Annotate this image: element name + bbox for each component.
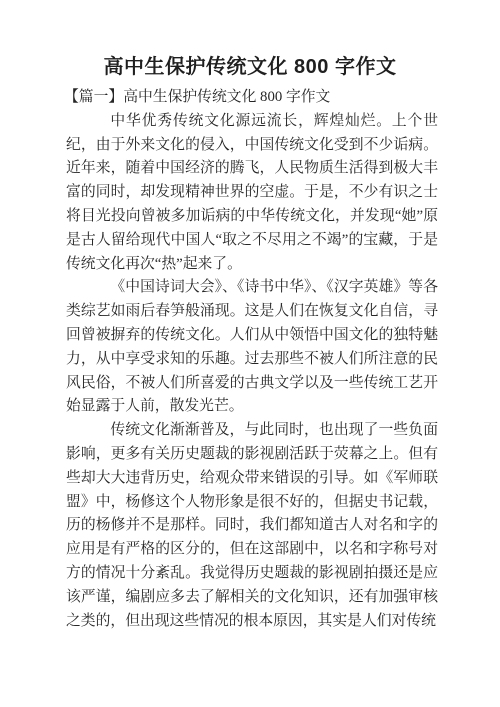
essay-paragraph: 中华优秀传统文化源远流长，辉煌灿烂。上个世纪，由于外来文化的侵入，中国传统文化受… — [66, 110, 438, 277]
essay-body: 中华优秀传统文化源远流长，辉煌灿烂。上个世纪，由于外来文化的侵入，中国传统文化受… — [66, 110, 438, 634]
section-heading: 【篇一】高中生保护传统文化 800 字作文 — [64, 86, 438, 110]
document-title: 高中生保护传统文化 800 字作文 — [50, 54, 450, 80]
essay-paragraph: 传统文化渐渐普及，与此同时，也出现了一些负面影响，更多有关历史题裁的影视剧活跃于… — [66, 419, 438, 633]
document-page: 高中生保护传统文化 800 字作文 【篇一】高中生保护传统文化 800 字作文 … — [0, 0, 500, 707]
essay-paragraph: 《中国诗词大会》、《诗书中华》、《汉字英雄》等各类综艺如雨后春笋般涌现。这是人们… — [66, 276, 438, 419]
